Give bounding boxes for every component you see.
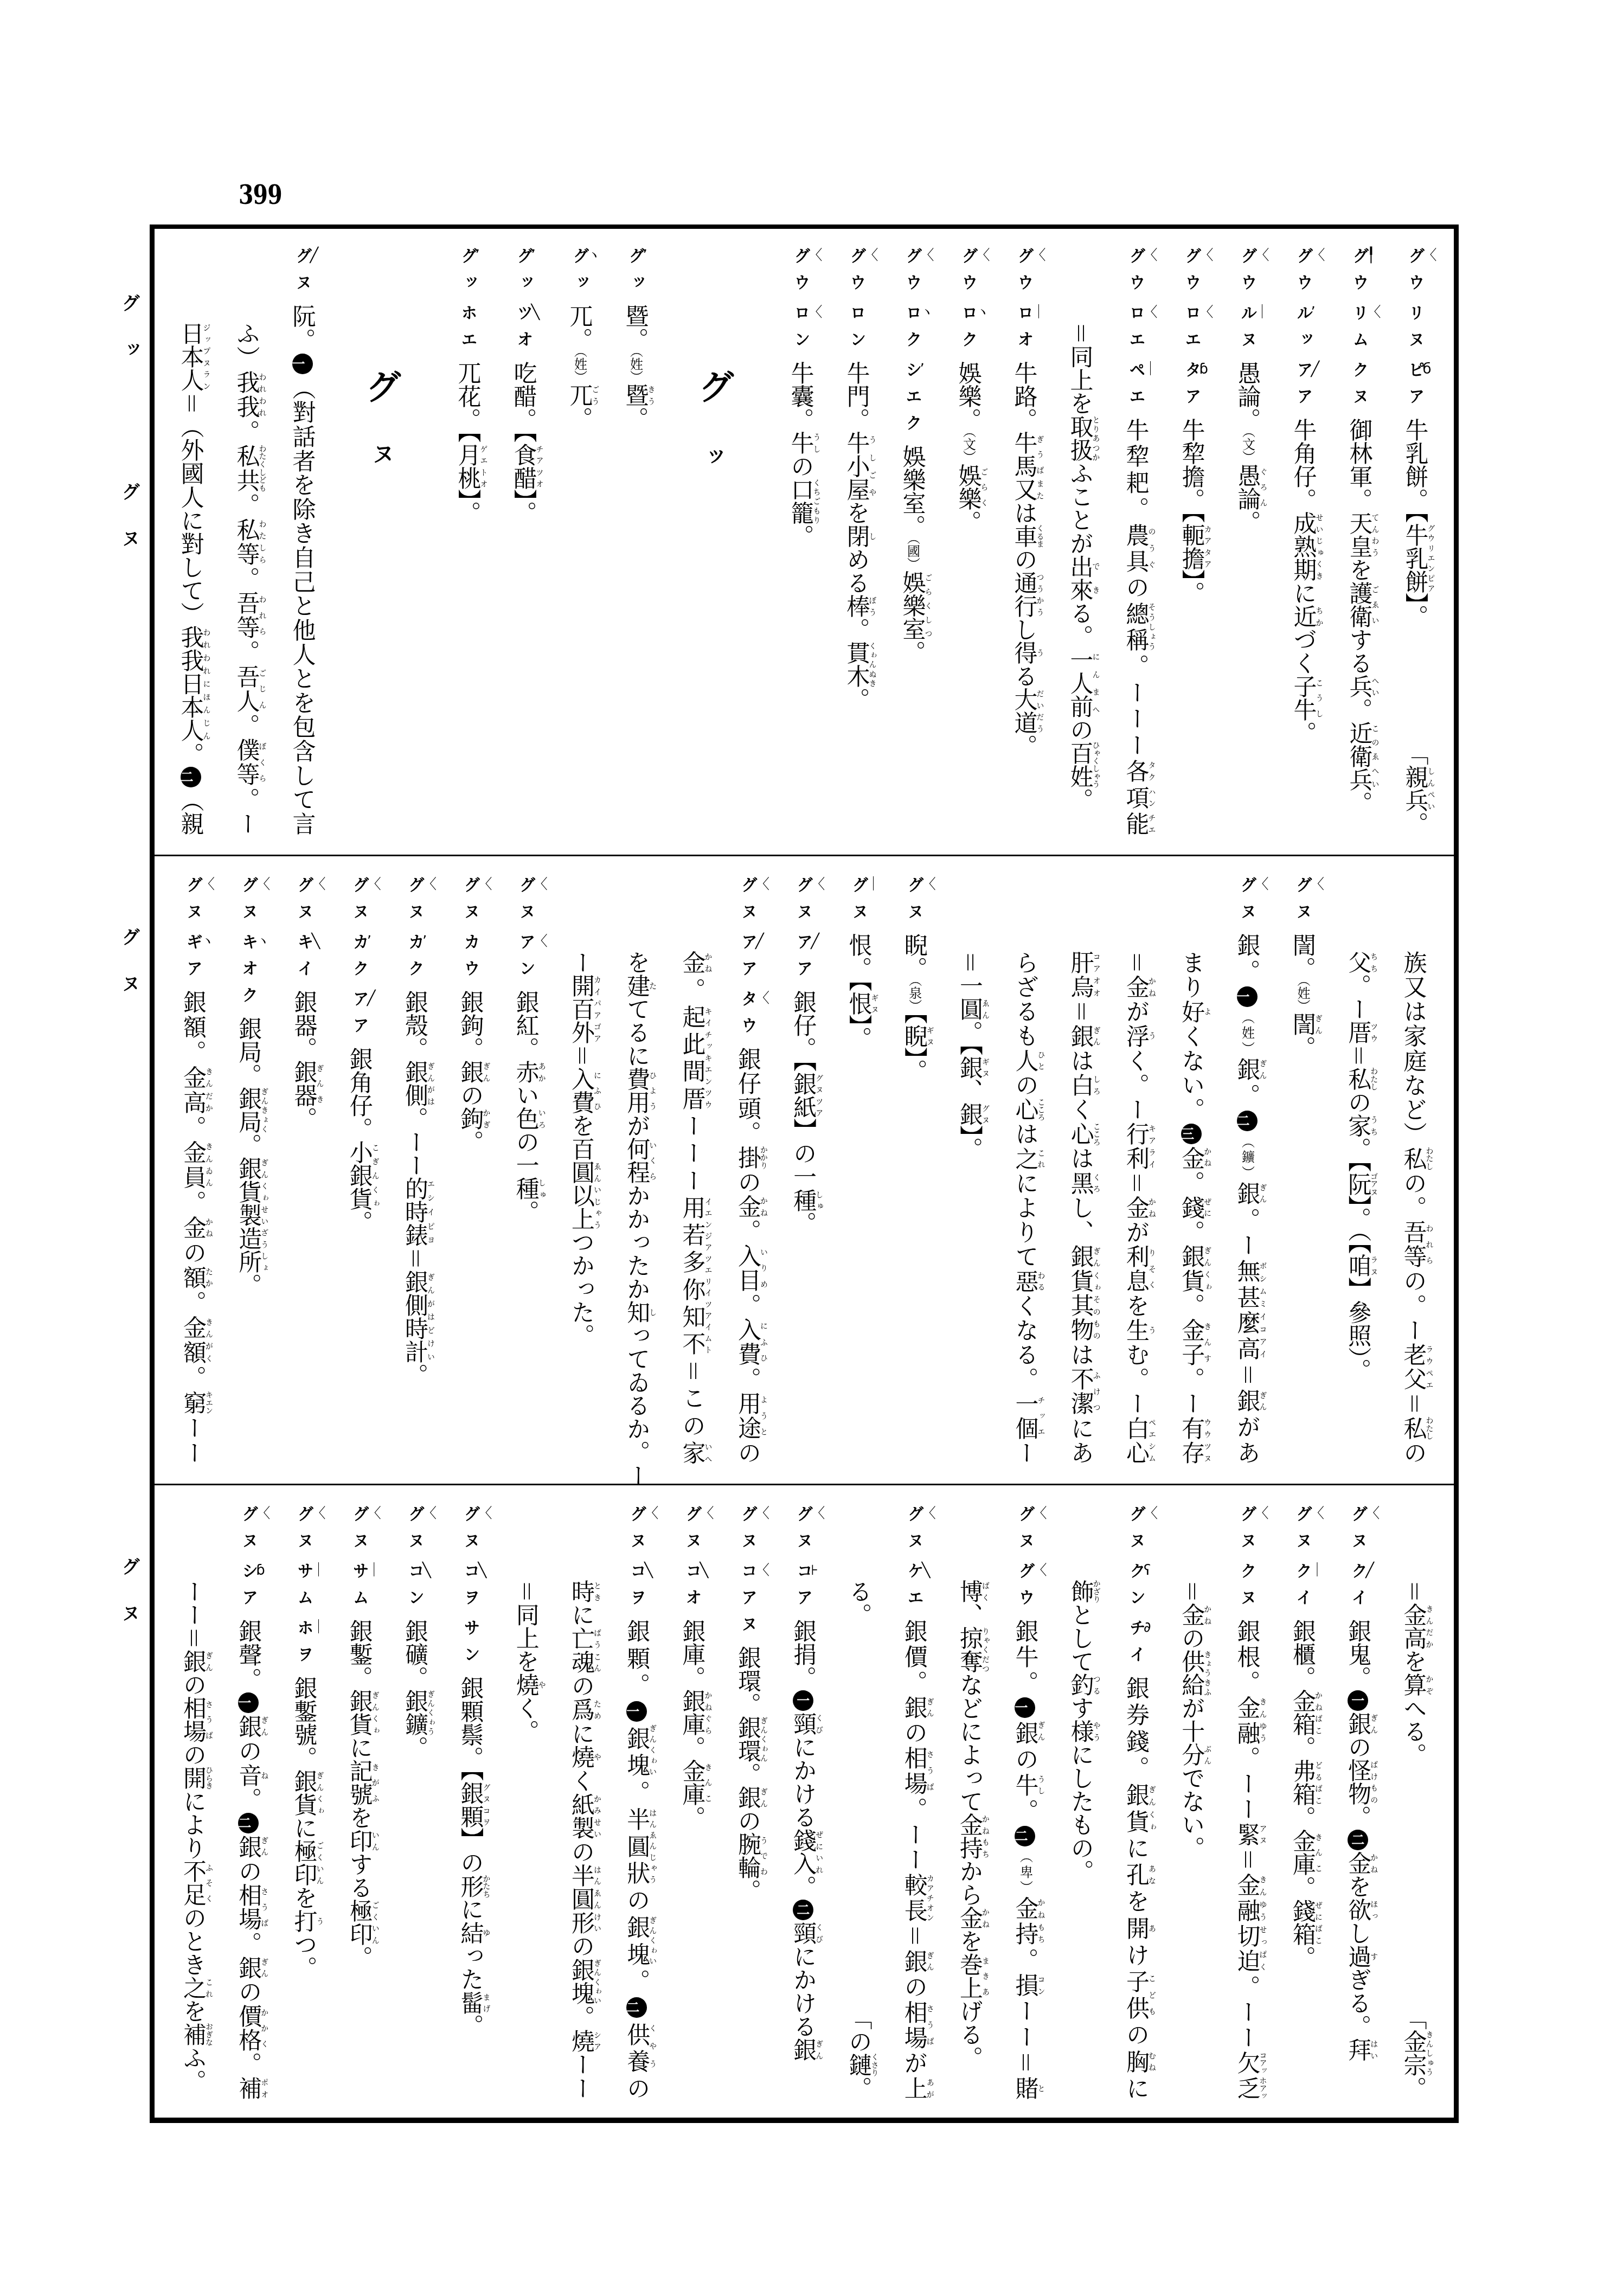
ruby-word: 銀紙グヌツア — [790, 1072, 817, 1119]
text-run: が — [1122, 999, 1150, 1024]
text-run: に — [568, 1604, 595, 1627]
ruby-reading: ふけつ — [1092, 1367, 1101, 1415]
ruby-base: 兵 — [1346, 675, 1373, 698]
ruby-reading: きょうきふ — [1203, 1650, 1211, 1696]
ruby-word: 項ハン — [1122, 786, 1150, 812]
ruby-base: 一個 — [1011, 1392, 1038, 1441]
ruby-reading: シア — [593, 2029, 601, 2053]
headword-syllable: クイ╱ — [1346, 1562, 1369, 1615]
definition-text: 牛路。牛馬ぎうば又または車くるまの通行つうかうし得うる大道だいだう。 — [1012, 361, 1044, 835]
text-run: を — [1122, 1294, 1150, 1318]
section-heading-final: ッ — [705, 444, 727, 465]
tone-mark-icon: 〈 — [755, 1563, 769, 1577]
syllable-kana: コヲ — [627, 1562, 646, 1615]
ruby-word: 食醋チアツオ — [510, 443, 537, 490]
tone-mark-icon: ヽ — [976, 305, 990, 319]
headword-syllable: グウ〈 — [957, 247, 980, 300]
headword-syllable: ロン〈 — [789, 304, 812, 357]
text-run: 】。 — [845, 1015, 873, 1050]
syllable-kana: グヌ — [1015, 1505, 1034, 1559]
ruby-reading: カイパアゴア — [593, 974, 601, 1044]
ruby-word: 月桃ゲエトオ — [454, 443, 482, 490]
definition-text: 牛犂耙。農具のうぐの總稱そうしょう。ーーー各タク項ハン能チエ — [1124, 418, 1156, 835]
ruby-reading: きんゐん — [204, 1140, 213, 1189]
definition-text: 銀鏨。銀貨ぎんくゎに記號きがふを印いんする極印ごくいん。 — [348, 1619, 379, 2100]
text-run: 牛路。 — [1011, 361, 1038, 431]
ruby-base: 金庫 — [679, 1759, 706, 1806]
ruby-reading: や — [537, 1673, 546, 1696]
definition-text: 銀券錢。銀貨ぎんくゎに孔あなを開あけ子供こどもの胸むねに — [1124, 1676, 1156, 2100]
ruby-word: 銀ぎん — [1234, 1389, 1261, 1415]
ruby-reading: グウリエンピア — [1427, 523, 1435, 593]
tone-mark-icon: ╱ — [1311, 362, 1320, 376]
ruby-word: 金かね — [679, 951, 706, 978]
ruby-base: 銀貨製造所 — [235, 1157, 262, 1273]
ruby-word: 又また — [1011, 478, 1038, 501]
ruby-base: 銀貨 — [291, 1769, 318, 1816]
ruby-base: 銀側時計 — [401, 1270, 428, 1363]
definition-text: 恨。【恨ギヌ】。 — [847, 933, 878, 1464]
dictionary-entry: グヌ〈シアɓ銀聲。一銀ぎんの音ね。二銀ぎんの相場さうば。銀ぎんの價格かかく。補ポ… — [236, 1505, 260, 2100]
text-run: から — [956, 1859, 983, 1906]
ruby-word: 髷まげ — [457, 1991, 484, 2015]
ruby-word: 開あ — [1122, 1916, 1150, 1943]
headword-syllable: グヌ〈 — [1291, 1505, 1314, 1559]
ruby-word: 打う — [291, 1909, 318, 1933]
tone-mark-icon: 〈 — [1367, 305, 1381, 319]
ruby-reading: イエンジアツエリイツアイムト — [704, 1196, 713, 1355]
syllable-kana: グヌ — [405, 876, 424, 929]
ruby-base: 金子 — [1178, 1318, 1205, 1368]
text-run: の — [568, 1840, 595, 1864]
text-run: 。 — [235, 1133, 262, 1157]
ruby-reading: かぞ — [1425, 1673, 1434, 1696]
ruby-word: 近ちか — [1290, 605, 1317, 628]
ruby-word: 圓以上ゑんいじゃう — [568, 1160, 595, 1230]
ruby-reading: ひらき — [204, 1766, 213, 1790]
ruby-base: 好 — [1178, 1000, 1205, 1024]
definition-text: 銀價。銀ぎんの相場さうば。ーー較長カアチオン＝銀ぎんの相場さうばが上あが — [902, 1619, 934, 2100]
ruby-word: 知し — [623, 1300, 650, 1324]
ruby-base: 博 — [956, 1580, 983, 1603]
text-run: ＝（外國人に對して） — [177, 392, 204, 625]
ruby-reading: きんゆう — [1259, 1696, 1267, 1745]
ruby-word: 銀ぎん — [1067, 1024, 1094, 1049]
headword-syllable: グヌ〈 — [292, 876, 316, 929]
ruby-word: 白心ペエシム — [1122, 1416, 1150, 1464]
ruby-reading: にふひ — [593, 1067, 601, 1114]
ruby-word: 金持かねもち — [956, 1813, 983, 1859]
text-run: 。 — [235, 1273, 262, 1297]
syllable-kana: コアヌ — [738, 1562, 757, 1642]
ruby-base: 極印 — [346, 1899, 373, 1946]
dictionary-entry: グウ〈ロエ〈ペエ｜牛犂耙。農具のうぐの總稱そうしょう。ーーー各タク項ハン能チエ — [1124, 247, 1147, 835]
text-run: ＝ — [568, 1044, 595, 1067]
ruby-word: 孔あな — [1122, 1863, 1150, 1889]
ruby-word: 銀ぎん — [235, 1835, 262, 1859]
ruby-reading: ぎん — [926, 1696, 934, 1719]
text-run: の — [457, 1083, 484, 1107]
ruby-word: 銀鑛ぎんくゎう — [401, 1689, 428, 1736]
ruby-reading: かかく — [260, 2004, 268, 2051]
text-run: 銀仔頭。 — [734, 1047, 761, 1146]
syllable-kana: チイ — [1126, 1619, 1145, 1672]
syllable-kana: グヌ — [516, 876, 535, 929]
ruby-reading: だいだう — [1036, 688, 1044, 734]
ruby-base: 金箱 — [1289, 1689, 1316, 1736]
ruby-word: 金融切迫きんゆうせっぱく — [1234, 1873, 1261, 1974]
text-run: 。 — [1289, 1876, 1316, 1899]
text-run: にかける — [790, 1945, 817, 2038]
tone-mark-icon: ╲ — [312, 934, 320, 948]
text-run: が — [623, 1114, 650, 1137]
text-run: 銀捐。 — [790, 1619, 817, 1689]
text-run: らざるも — [1011, 951, 1038, 1049]
ruby-reading: とりあつか — [1092, 415, 1100, 461]
ruby-reading: ぎん — [260, 1714, 268, 1737]
tone-mark-icon: ｜ — [367, 1563, 381, 1577]
text-run: 】。 — [454, 490, 482, 525]
headword: グヌ〈グウ〈 — [1013, 1505, 1036, 1619]
text-run: を — [956, 1929, 983, 1953]
ruby-reading: アヌ — [1259, 1823, 1267, 1846]
text-run: （對話者を除き自己と他人とを包含して言 — [289, 375, 316, 835]
headword: グヌ〈アア╱ — [791, 876, 814, 990]
ruby-word: 之これ — [1011, 1147, 1038, 1171]
sense-number-badge: 二 — [793, 1900, 813, 1920]
ruby-word: 銀ぎん — [1234, 1182, 1261, 1208]
ruby-word: 黑くろ — [1067, 1171, 1094, 1196]
definition-text: 銀額。金高きんだか。金員きんゐん。金かねの額たか。金額きんがく。窮キエンーー — [181, 990, 213, 1464]
ruby-reading: そうしょう — [1147, 602, 1156, 651]
tone-mark-icon: 〈 — [1032, 1506, 1047, 1521]
tone-mark-icon: ╲ — [478, 1563, 486, 1577]
headword: グヌ〈サム｜ホヲ｜ — [292, 1505, 316, 1676]
ruby-reading: きう — [647, 383, 656, 407]
dictionary-section: グウ〈リヌピアб牛乳餅。【牛乳餅グウリエンピア】。「親兵しんぺい。グウ╿リム〈ク… — [0, 227, 1623, 856]
definition-text: 暨。（姓）暨きう。 — [624, 304, 655, 835]
headword-syllable: グッʼ — [512, 247, 535, 300]
text-run: が十 — [1178, 1696, 1205, 1743]
text-run: む。ー — [1122, 1343, 1150, 1416]
text-run: ＝ — [1122, 951, 1150, 975]
syllable-kana: グウ — [1015, 247, 1034, 300]
ruby-word: 人ひと — [1011, 1049, 1038, 1073]
tone-mark-icon: ╱ — [1365, 1563, 1374, 1577]
ruby-word: 開ひらき — [179, 1766, 207, 1790]
headword-syllable: アア╱ — [348, 990, 371, 1043]
text-run: 。 — [177, 742, 204, 766]
syllable-kana: グヌ — [1293, 1505, 1312, 1559]
ruby-word: 頸くび — [790, 1712, 817, 1735]
text-run: 銀。 — [1234, 933, 1261, 985]
ruby-reading: つうかう — [1036, 571, 1044, 618]
text-run: 阮。 — [289, 304, 316, 352]
ruby-base: 無甚麼高 — [1234, 1259, 1261, 1363]
ruby-word: 金子きんす — [1178, 1318, 1205, 1368]
ruby-word: 上あが — [901, 2076, 928, 2100]
dictionary-entry: グヌ〈銀。一（姓）銀ぎん。二（鑛）銀ぎん。ー無甚麼高ボシムミイコアイ＝銀ぎんがあ — [1235, 876, 1259, 1464]
ruby-reading: このゑへい — [1371, 721, 1380, 791]
ruby-reading: さうば — [926, 2000, 934, 2049]
text-run: 。 — [623, 1969, 650, 1996]
headword-syllable: グヌ〈 — [236, 1505, 260, 1559]
text-run: くなる。 — [1011, 1294, 1038, 1392]
text-run: ー — [1011, 1441, 1038, 1464]
usage-label: （姓） — [1295, 980, 1310, 1012]
syllable-kana: グウ — [903, 247, 922, 300]
definition-text: 牛門。牛小屋うしごやを閉しめる棒ぼう。貫木くゎんぬき。 — [845, 361, 876, 835]
text-run: 】。（【 — [1344, 1196, 1371, 1254]
ruby-base: 金融切迫 — [1234, 1873, 1261, 1974]
text-run: 、 — [956, 1603, 983, 1626]
ruby-word: 紙製かみせい — [568, 1793, 595, 1840]
text-run: ふ） — [233, 322, 260, 370]
ruby-word: 欠コアッ — [1234, 2051, 1261, 2076]
definition-text: 父ちち。ー厝ツウ＝私わたしの家うち。【阮ゴアヌ】。（【咱ラヌ】參照）。 — [1346, 951, 1377, 1464]
text-run: の — [179, 1673, 207, 1696]
ruby-reading: ぎんくゎう — [426, 1689, 435, 1736]
definition-text: らざるも人ひとの心こころは之これによりて惡わるくなる。一個チッエー — [1013, 951, 1044, 1464]
syllable-kana: グヌ — [239, 876, 258, 929]
sense-number-badge: 二 — [1237, 1111, 1258, 1131]
ruby-word: 娛樂ごらく — [955, 464, 982, 510]
tone-mark-icon: 〈 — [422, 1506, 437, 1521]
ruby-word: 銀塊ぎんくゎい — [568, 1958, 595, 2005]
definition-text: 銀器。銀器ぎんき。 — [292, 990, 324, 1464]
headword-syllable: グヌ〈 — [902, 876, 926, 929]
text-run: でない。 — [1178, 1766, 1205, 1859]
headword: グッʼツオ╲ — [512, 247, 535, 361]
headword-syllable: グッヽ — [568, 247, 591, 300]
ruby-base: 貫木 — [843, 641, 870, 688]
headword-syllable: コオ╲ — [681, 1562, 704, 1615]
headword-syllable: グヌ〈 — [902, 1505, 926, 1559]
tone-mark-icon: ʕ — [1144, 1563, 1151, 1577]
ruby-reading: ごらく — [980, 464, 989, 510]
ruby-reading: いへ — [704, 1441, 713, 1464]
text-run: く。ー — [1122, 1049, 1150, 1123]
dictionary-entry: グヌ〈ギアヽ銀額。金高きんだか。金員きんゐん。金かねの額たか。金額きんがく。窮キ… — [181, 876, 204, 1464]
syllable-kana: サム — [294, 1562, 313, 1615]
text-run: の — [1011, 548, 1038, 571]
ruby-reading: かね — [981, 1906, 990, 1929]
usage-label: （卑） — [1017, 1848, 1032, 1896]
tone-mark-icon: ｜ — [1255, 305, 1269, 319]
dictionary-entry: グヌ〈カクʼアア╱銀角仔。小銀貨こぎんくゎ。 — [348, 876, 371, 1464]
ruby-word: 人ラン — [177, 368, 204, 392]
syllable-kana: クイ — [1293, 1562, 1312, 1615]
ruby-word: 私わたし — [1400, 1147, 1427, 1171]
text-run: の — [787, 454, 814, 478]
definition-text: ー開百外カイパアゴア＝入費にふひを百圓以上ゑんいじゃうつかった。 — [569, 951, 601, 1464]
syllable-kana: コン — [405, 1562, 424, 1615]
text-run: 牛犂耙。 — [1122, 418, 1150, 523]
ruby-base: 爲 — [568, 1698, 595, 1722]
ruby-word: 怪物ばけもの — [1344, 1759, 1371, 1805]
text-run: 銀仔。【 — [790, 990, 817, 1072]
ruby-word: 半圓形はんゑんけい — [568, 1864, 595, 1935]
ruby-reading: キエン — [204, 1391, 213, 1414]
ruby-reading: しんぺい — [1427, 765, 1435, 812]
text-run: 牛角仔。 — [1290, 418, 1317, 511]
ruby-word: 相場さうば — [179, 1696, 207, 1743]
text-run: 。 — [734, 1220, 761, 1244]
text-run: 。 — [622, 407, 649, 430]
definition-text: 銀庫。銀庫かねぐら。金庫きんこ。 — [681, 1619, 712, 2100]
ruby-word: 銀貨ぎんくゎ — [291, 1769, 318, 1816]
ruby-word: 相場さうば — [235, 1883, 262, 1932]
ruby-word: 鉤かぎ — [457, 1107, 484, 1130]
dictionary-entry: グヌ〈アア╱銀仔。【銀紙グヌツア】の一種しゅ。 — [791, 876, 814, 1464]
text-run: のとき — [179, 1906, 207, 1976]
ruby-reading: ジッ — [202, 322, 211, 345]
headword: グヌ〈カクʼアア╱ — [348, 876, 371, 1047]
headword: グヌ〈アア╱タウ〈 — [736, 876, 759, 1047]
ruby-reading: われわれにほんじん — [202, 625, 211, 742]
ruby-base: 的時錶 — [401, 1177, 428, 1247]
ruby-base: 暨 — [622, 383, 649, 407]
ruby-reading: や — [593, 1745, 601, 1768]
ruby-base: 銀鑛 — [401, 1689, 428, 1736]
ruby-reading: ぐろん — [1259, 464, 1268, 510]
ruby-reading: これ — [204, 1976, 213, 1999]
ruby-reading: ぎんくゎい — [648, 1723, 657, 1776]
headword-syllable: グヌ〈 — [181, 876, 204, 929]
ruby-base: 入費 — [568, 1067, 595, 1114]
ruby-base: 金宗 — [1400, 2030, 1427, 2076]
headword: グウ〈ロクヽシエクʼ — [901, 247, 924, 445]
ruby-base: 子供 — [1122, 1970, 1150, 2023]
headword-syllable: アア╱ — [736, 933, 759, 986]
text-run: を百 — [568, 1114, 595, 1160]
dictionary-entry: グヌ〈クイ｜銀櫃。金箱かねばこ。弗箱どるばこ。金庫きんこ。錢箱ぜにばこ。 — [1291, 1505, 1314, 2100]
sense-number-badge: 一 — [292, 354, 313, 374]
page-number: 399 — [239, 182, 282, 208]
text-run: 。 — [1289, 1806, 1316, 1829]
headword: グヌ｜ — [847, 876, 870, 933]
text-run: 睨。 — [901, 933, 928, 980]
syllable-kana: グッ — [570, 247, 589, 300]
ruby-word: 補おぎな — [179, 2023, 207, 2046]
text-run: ＝同上を — [512, 1580, 540, 1673]
text-run: 。 — [679, 1736, 706, 1759]
headword-syllable: グウ〈 — [845, 247, 868, 300]
text-run: ーー＝ — [1011, 1999, 1038, 2076]
syllable-kana: クン — [1126, 1562, 1145, 1615]
ruby-reading: きがふ — [371, 1759, 380, 1806]
ruby-reading: まきあ — [981, 1953, 990, 1999]
text-run: 。 — [1289, 1736, 1316, 1759]
ruby-word: 掛かかり — [734, 1146, 761, 1170]
dictionary-entry: グウ〈ロン〈牛囊。牛うしの口籠くちごもり。 — [789, 247, 812, 835]
ruby-base: 鏈 — [845, 2053, 873, 2076]
ruby-reading: かねもち — [981, 1813, 990, 1859]
ruby-reading: コアッ — [1259, 2051, 1267, 2074]
sense-number-badge: 一 — [1237, 986, 1258, 1007]
text-run: 。 — [1234, 1083, 1261, 1109]
ruby-reading: うち — [1369, 1114, 1378, 1137]
ruby-base: 相場 — [901, 2000, 928, 2051]
definition-text: 日ジッ本プヌ人ラン＝（外國人に對して）我我日本人われわれにほんじん。二（親 — [179, 322, 210, 835]
ruby-reading: し — [648, 1300, 657, 1324]
ruby-base: 銀 — [1234, 1182, 1261, 1208]
syllable-kana: タウ — [738, 990, 757, 1043]
text-run: 銀根。 — [1234, 1619, 1261, 1696]
ruby-reading: ごゑい — [1371, 581, 1380, 628]
text-run: 。 — [179, 1366, 207, 1391]
syllable-kana: グヌ — [1348, 1505, 1367, 1559]
ruby-base: 金 — [1122, 975, 1150, 999]
ruby-base: 私 — [1400, 1147, 1427, 1171]
ruby-reading: りゃくだつ — [981, 1626, 990, 1673]
ruby-reading: グヌツア — [814, 1072, 823, 1119]
headword-syllable: グヌ〈 — [1346, 1505, 1369, 1559]
ruby-reading: おぎな — [204, 2023, 213, 2046]
tone-mark-icon: 〈 — [367, 1506, 381, 1521]
ruby-base: 牛乳餅 — [1402, 523, 1429, 593]
ruby-word: 金庫きんこ — [679, 1759, 706, 1806]
ruby-base: 人 — [1011, 1049, 1038, 1073]
ruby-reading: ポオ — [260, 2076, 268, 2100]
syllable-kana: グヌ — [793, 1505, 812, 1559]
ruby-word: 赤あか — [512, 1060, 540, 1083]
ruby-word: 記號きがふ — [346, 1759, 373, 1806]
ruby-word: 一個チッエ — [1011, 1392, 1038, 1441]
headword-syllable: グヌ╱ — [291, 247, 314, 300]
sense-number-badge: 一 — [1348, 1690, 1368, 1711]
syllable-kana: グヌ — [793, 876, 812, 929]
headword: グヌ〈アン〈 — [514, 876, 537, 990]
text-run: ＝ — [1234, 1848, 1261, 1874]
ruby-base: 弗箱 — [1289, 1759, 1316, 1806]
ruby-word: 供給きょうきふ — [1178, 1650, 1205, 1696]
text-run: 。 — [566, 407, 593, 430]
text-run: 「の — [845, 2006, 873, 2053]
headword: グヌ〈コアヌ〈 — [736, 1505, 759, 1646]
headword-syllable: グヌ〈 — [791, 876, 814, 929]
ruby-reading: ゑん — [981, 997, 990, 1021]
ruby-base: 時 — [568, 1580, 595, 1604]
entry-continuation: ＝金高きんだかを算かぞへる。「金宗きんしゅう。 — [1402, 1580, 1425, 2100]
text-run: 娛樂。 — [955, 361, 982, 431]
tone-mark-icon: ╲ — [422, 1563, 431, 1577]
ruby-base: 算 — [1400, 1673, 1427, 1696]
text-run: 】の一 — [790, 1119, 817, 1189]
ruby-reading: カアタア — [1203, 523, 1212, 570]
text-run: を — [291, 1886, 318, 1909]
ruby-base: 牛 — [787, 431, 814, 454]
tone-mark-icon: ╱ — [755, 934, 764, 948]
text-run: 。 — [899, 640, 926, 664]
ruby-word: 供養くやう — [623, 2019, 650, 2076]
headword: グヌ〈コン╲ — [403, 1505, 426, 1619]
syllable-kana: グッ — [626, 247, 645, 300]
ruby-base: 分 — [1178, 1743, 1205, 1766]
ruby-base: 阮 — [1344, 1172, 1371, 1196]
ruby-base: 銀庫 — [679, 1689, 706, 1736]
text-run: の — [179, 1743, 207, 1766]
tone-mark-icon: ╲ — [531, 305, 540, 319]
syllable-kana: ロオ — [1015, 304, 1034, 357]
ruby-reading: きんす — [1203, 1318, 1211, 1366]
ruby-reading: ひよう — [648, 1067, 657, 1114]
text-run: 。 — [1067, 788, 1094, 811]
dictionary-entry: グヌ〈睨。（泉）【睨ギヌ】。 — [902, 876, 926, 1464]
text-run: の — [1122, 2023, 1150, 2050]
ruby-word: 頸くび — [790, 1921, 817, 1945]
ruby-base: 金 — [1344, 1851, 1371, 1875]
